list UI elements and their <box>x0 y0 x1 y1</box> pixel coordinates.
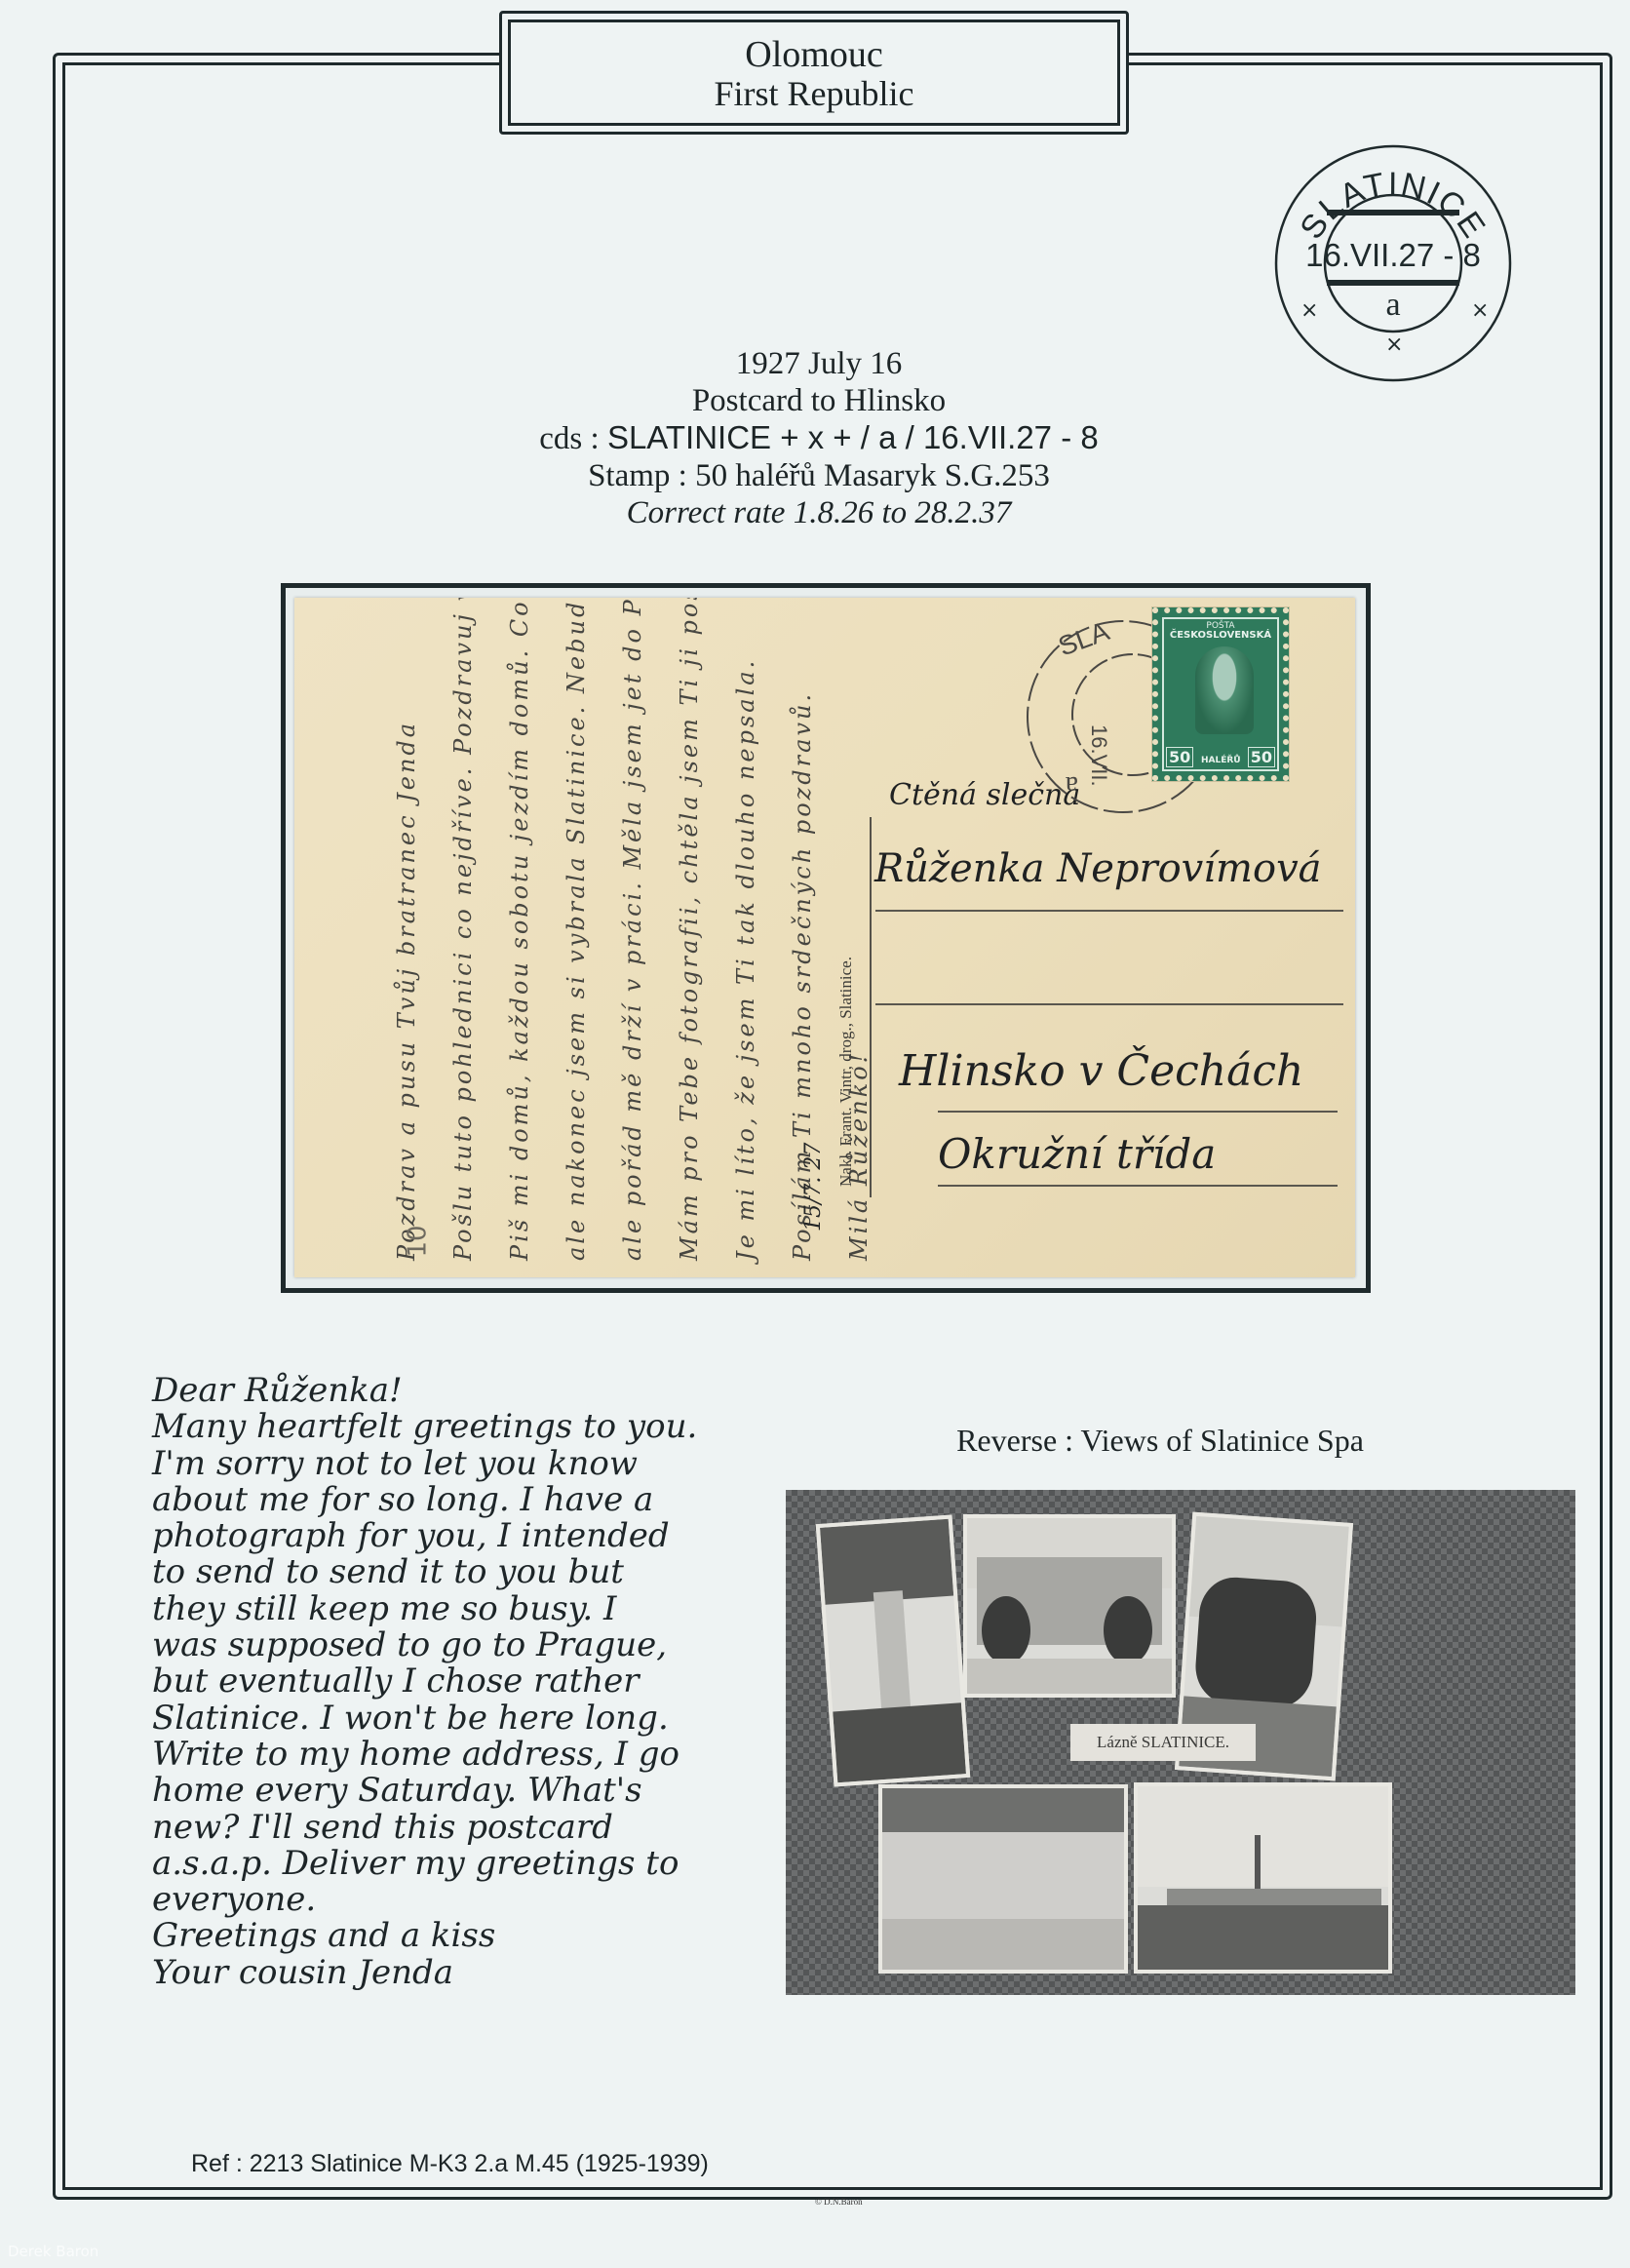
address-line-3: Hlinsko v Čechách <box>899 1046 1303 1096</box>
catalogue-reference: Ref : 2213 Slatinice M-K3 2.a M.45 (1925… <box>191 2150 709 2178</box>
item-date: 1927 July 16 <box>390 345 1248 382</box>
copyright: © D.N.Baron <box>815 2197 863 2207</box>
postmark-ornament-right: × <box>1471 298 1489 323</box>
address-rule-3 <box>938 1111 1338 1113</box>
address-line-2: Růženka Neprovímová <box>874 846 1322 891</box>
stamp-country: ČESKOSLOVENSKÁ <box>1164 631 1277 641</box>
translation-line: was supposed to go to Prague, <box>152 1627 757 1663</box>
translation-line: Your cousin Jenda <box>152 1955 757 1991</box>
message-script-line: Pošlu tuto pohlednici co nejdříve. Pozdr… <box>449 598 477 1261</box>
cds-value: SLATINICE + x + / a / 16.VII.27 - 8 <box>607 419 1099 455</box>
postcard-reverse-image: Lázně SLATINICE. <box>786 1490 1575 1995</box>
address-rule-1 <box>875 910 1343 912</box>
svg-text:SLATINICE: SLATINICE <box>1293 166 1493 246</box>
postage-stamp: POŠTA ČESKOSLOVENSKÁ 50 HALÉŘŮ 50 <box>1152 607 1289 781</box>
masaryk-portrait-icon <box>1195 646 1254 734</box>
message-script-line: Mám pro Tebe fotografii, chtěla jsem Ti … <box>676 598 703 1261</box>
translation-line: but eventually I chose rather <box>152 1663 757 1700</box>
postmark-letter: a <box>1385 287 1400 323</box>
translation-line: to send to send it to you but <box>152 1554 757 1590</box>
cds-label: cds : <box>539 421 607 456</box>
stamp-unit: HALÉŘŮ <box>1201 756 1241 765</box>
postmark-ornament-left: × <box>1300 298 1318 323</box>
item-rate: Correct rate 1.8.26 to 28.2.37 <box>390 494 1248 531</box>
address-line-4: Okružní třída <box>938 1130 1216 1178</box>
translation-line: photograph for you, I intended <box>152 1518 757 1554</box>
view-street <box>878 1784 1128 1974</box>
card-postmark-date: 16.VII. <box>1087 724 1111 787</box>
watermark: Derek Baron <box>8 2243 98 2260</box>
reverse-label: Lázně SLATINICE. <box>1070 1724 1256 1761</box>
view-spa-building <box>963 1514 1176 1698</box>
translation-line: Write to my home address, I go <box>152 1737 757 1773</box>
message-script-line: Pozdrav a pusu Tvůj bratranec Jenda <box>393 721 420 1261</box>
translation-line: everyone. <box>152 1882 757 1918</box>
stamp-header: POŠTA ČESKOSLOVENSKÁ <box>1164 621 1277 641</box>
postcard-divider <box>870 817 872 1197</box>
translation-line: Dear Růženka! <box>152 1373 757 1409</box>
page-title: Olomouc <box>745 34 882 75</box>
handwritten-date: 15/7. 27 <box>801 1143 826 1232</box>
item-description: 1927 July 16 Postcard to Hlinsko cds : S… <box>390 345 1248 531</box>
title-box-inner: Olomouc First Republic <box>508 20 1120 126</box>
translation-line: new? I'll send this postcard <box>152 1810 757 1846</box>
translation-line: Greetings and a kiss <box>152 1918 757 1954</box>
translation-line: Many heartfelt greetings to you. <box>152 1409 757 1445</box>
scan-edge <box>0 0 29 2268</box>
view-factory <box>1134 1782 1392 1974</box>
view-monument <box>816 1514 970 1786</box>
item-cds: cds : SLATINICE + x + / a / 16.VII.27 - … <box>390 419 1248 457</box>
postmark-date: 16.VII.27 - 8 <box>1305 237 1481 273</box>
item-stamp: Stamp : 50 haléřů Masaryk S.G.253 <box>390 457 1248 494</box>
postcard-front: Milá Růženko!Posílám Ti mnoho srdečných … <box>294 598 1355 1277</box>
page-subtitle: First Republic <box>715 75 914 112</box>
message-script-line: Piš mi domů, každou sobotu jezdím domů. … <box>506 598 533 1261</box>
address-rule-4 <box>938 1185 1338 1187</box>
postmark-illustration: SLATINICE 16.VII.27 - 8 a × × × <box>1271 141 1515 385</box>
translation-line: they still keep me so busy. I <box>152 1591 757 1627</box>
message-script-line: ale pořád mě drží v práci. Měla jsem jet… <box>619 598 646 1261</box>
item-type: Postcard to Hlinsko <box>390 382 1248 419</box>
card-postmark-town: SLA <box>1054 615 1113 661</box>
translation-line: about me for so long. I have a <box>152 1482 757 1518</box>
stamp-value-left: 50 <box>1166 747 1193 767</box>
stamp-frame: POŠTA ČESKOSLOVENSKÁ 50 HALÉŘŮ 50 <box>1162 617 1279 771</box>
postmark-town: SLATINICE <box>1293 166 1493 246</box>
postmark-ornament-bottom: × <box>1385 332 1403 357</box>
translation-line: a.s.a.p. Deliver my greetings to <box>152 1846 757 1882</box>
message-translation: Dear Růženka!Many heartfelt greetings to… <box>152 1373 757 1991</box>
card-postmark-letter: a <box>1066 770 1078 802</box>
message-script-line: Je mi líto, že jsem Ti tak dlouho nepsal… <box>732 658 759 1261</box>
translation-line: home every Saturday. What's <box>152 1773 757 1809</box>
reverse-caption: Reverse : Views of Slatinice Spa <box>877 1421 1443 1460</box>
postcard-publisher: Nakl. Frant. Vintr, drog., Slatinice. <box>836 957 856 1187</box>
translation-line: Slatinice. I won't be here long. <box>152 1701 757 1737</box>
title-box: Olomouc First Republic <box>499 11 1129 135</box>
translation-line: I'm sorry not to let you know <box>152 1446 757 1482</box>
postcard-message: Milá Růženko!Posílám Ti mnoho srdečných … <box>304 607 850 1271</box>
message-script-line: ale nakonec jsem si vybrala Slatinice. N… <box>563 598 590 1261</box>
address-rule-2 <box>875 1003 1343 1005</box>
stamp-value-right: 50 <box>1248 747 1275 767</box>
pencil-mark: 10 <box>404 1225 433 1257</box>
